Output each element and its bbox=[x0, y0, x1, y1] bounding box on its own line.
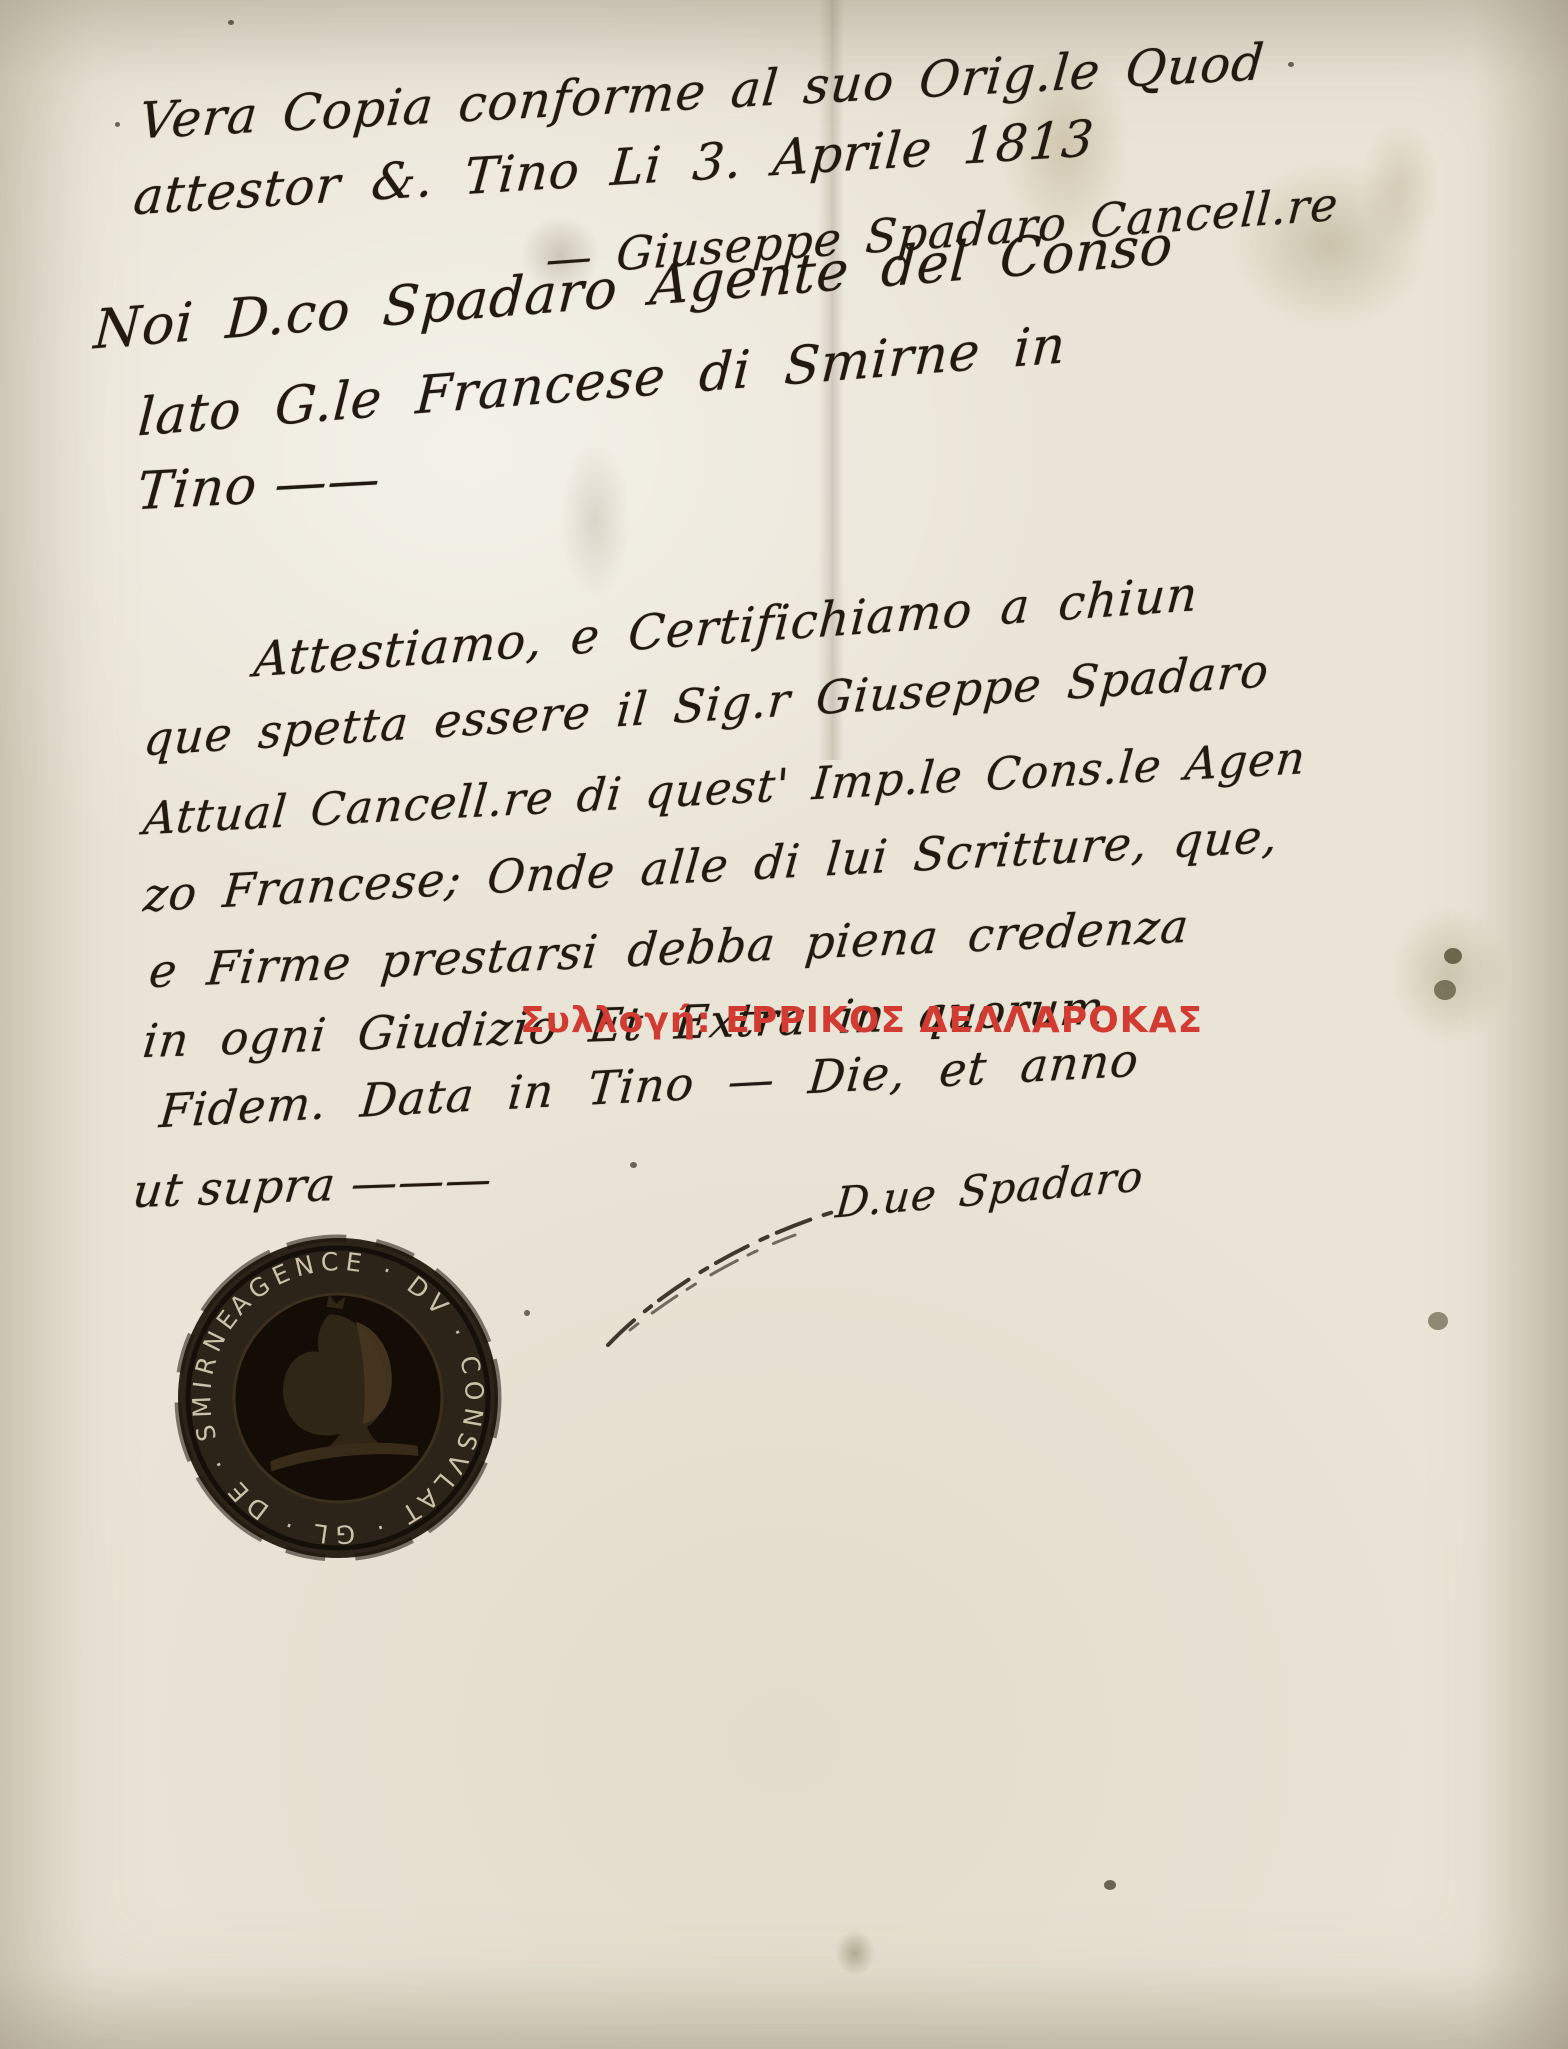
paper-speck bbox=[115, 122, 120, 127]
ink-stain bbox=[1434, 980, 1456, 1000]
ink-stain bbox=[835, 1930, 875, 1976]
paper-speck bbox=[1288, 62, 1294, 67]
ink-stain bbox=[1428, 1312, 1448, 1330]
handwritten-line: ut supra ——— bbox=[130, 1151, 495, 1218]
collection-watermark: Συλλογή: ΕΡΡΙΚΟΣ ΔΕΛΛΑΡΟΚΑΣ bbox=[520, 1000, 1203, 1041]
paper-speck bbox=[1104, 1880, 1116, 1890]
handwritten-line: Tino —— bbox=[135, 449, 384, 522]
ink-stain bbox=[1360, 120, 1440, 250]
ink-stain bbox=[560, 440, 630, 600]
paper-speck bbox=[228, 20, 234, 25]
ink-stain bbox=[1444, 948, 1462, 964]
document-photo: Vera Copia conforme al suo Orig.le Quod … bbox=[0, 0, 1568, 2049]
paper-speck bbox=[524, 1310, 530, 1316]
ink-stain bbox=[1390, 905, 1510, 1045]
consular-seal: AGENCE · DV · CONSVLAT · GL · DE · SMIRN… bbox=[168, 1228, 508, 1568]
